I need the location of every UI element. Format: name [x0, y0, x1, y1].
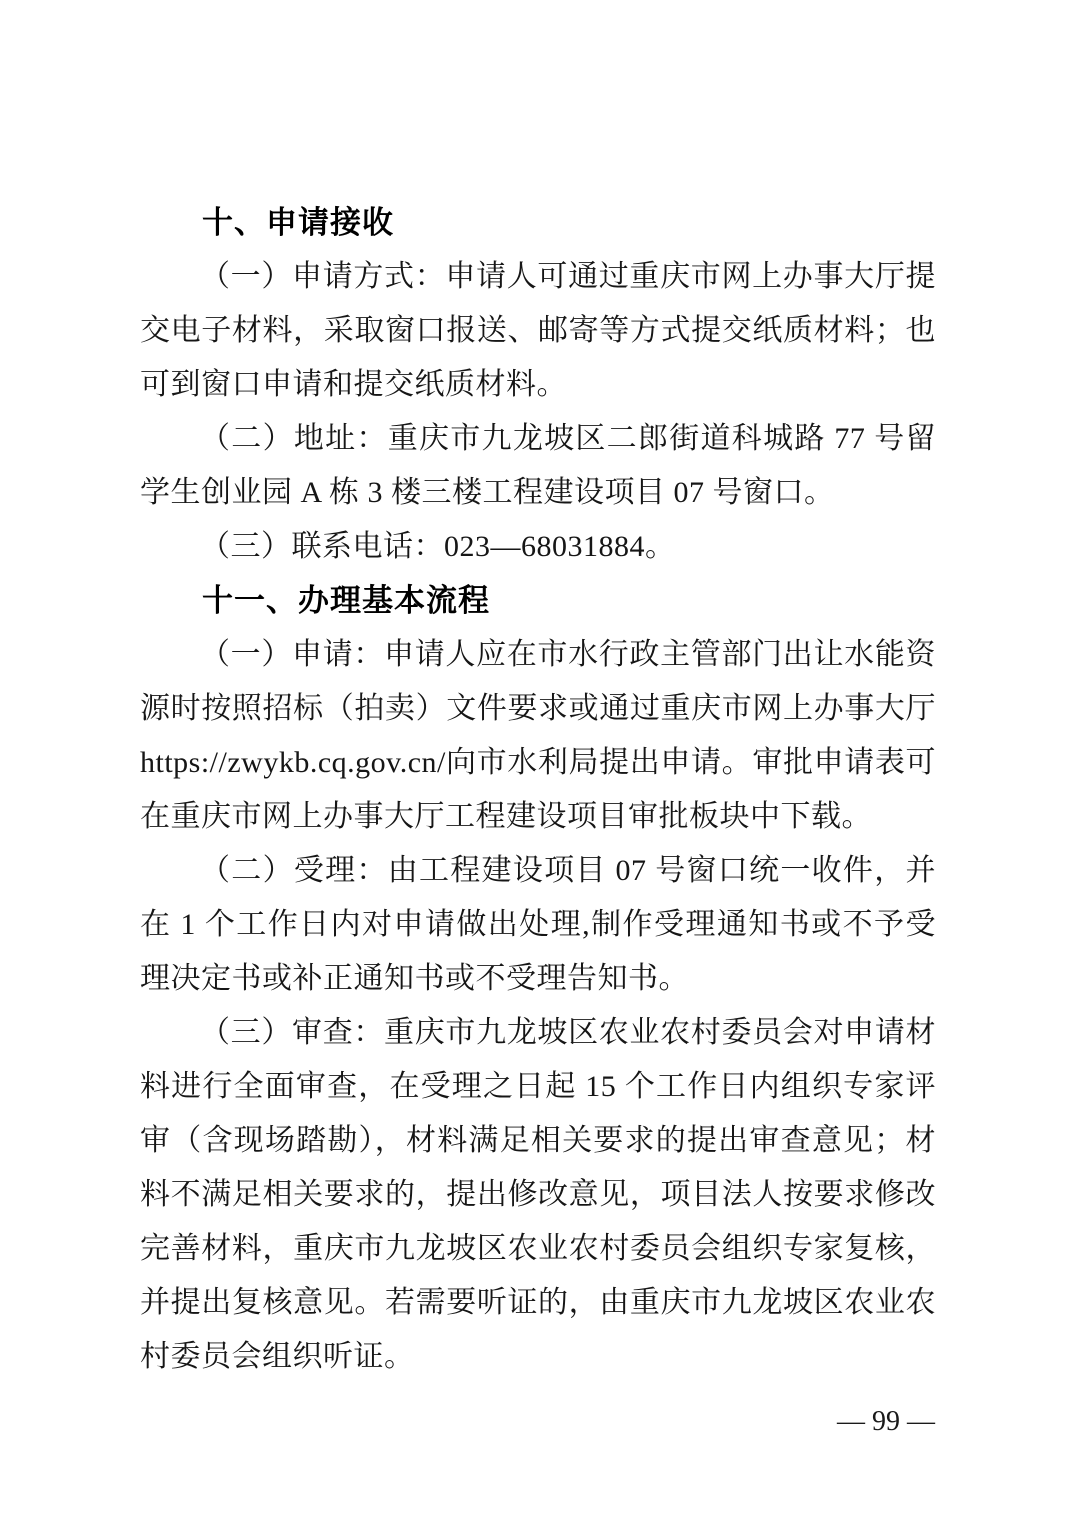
page-number: — 99 —	[837, 1406, 935, 1437]
body-paragraph: （一）申请方式：申请人可通过重庆市网上办事大厅提交电子材料，采取窗口报送、邮寄等…	[140, 250, 936, 412]
document-page: 十、申请接收（一）申请方式：申请人可通过重庆市网上办事大厅提交电子材料，采取窗口…	[0, 0, 1074, 1520]
body-paragraph: （一）申请：申请人应在市水行政主管部门出让水能资源时按照招标（拍卖）文件要求或通…	[140, 628, 936, 844]
body-paragraph: （三）联系电话：023—68031884。	[140, 520, 936, 574]
section-heading: 十一、办理基本流程	[140, 574, 936, 628]
body-paragraph: （二）受理：由工程建设项目 07 号窗口统一收件，并在 1 个工作日内对申请做出…	[140, 844, 936, 1006]
body-paragraph: （二）地址：重庆市九龙坡区二郎街道科城路 77 号留学生创业园 A 栋 3 楼三…	[140, 412, 936, 520]
section-heading: 十、申请接收	[140, 196, 936, 250]
body-paragraph: （三）审查：重庆市九龙坡区农业农村委员会对申请材料进行全面审查，在受理之日起 1…	[140, 1006, 936, 1384]
document-body: 十、申请接收（一）申请方式：申请人可通过重庆市网上办事大厅提交电子材料，采取窗口…	[140, 196, 936, 1384]
page-footer: — 99 —	[837, 1404, 935, 1440]
